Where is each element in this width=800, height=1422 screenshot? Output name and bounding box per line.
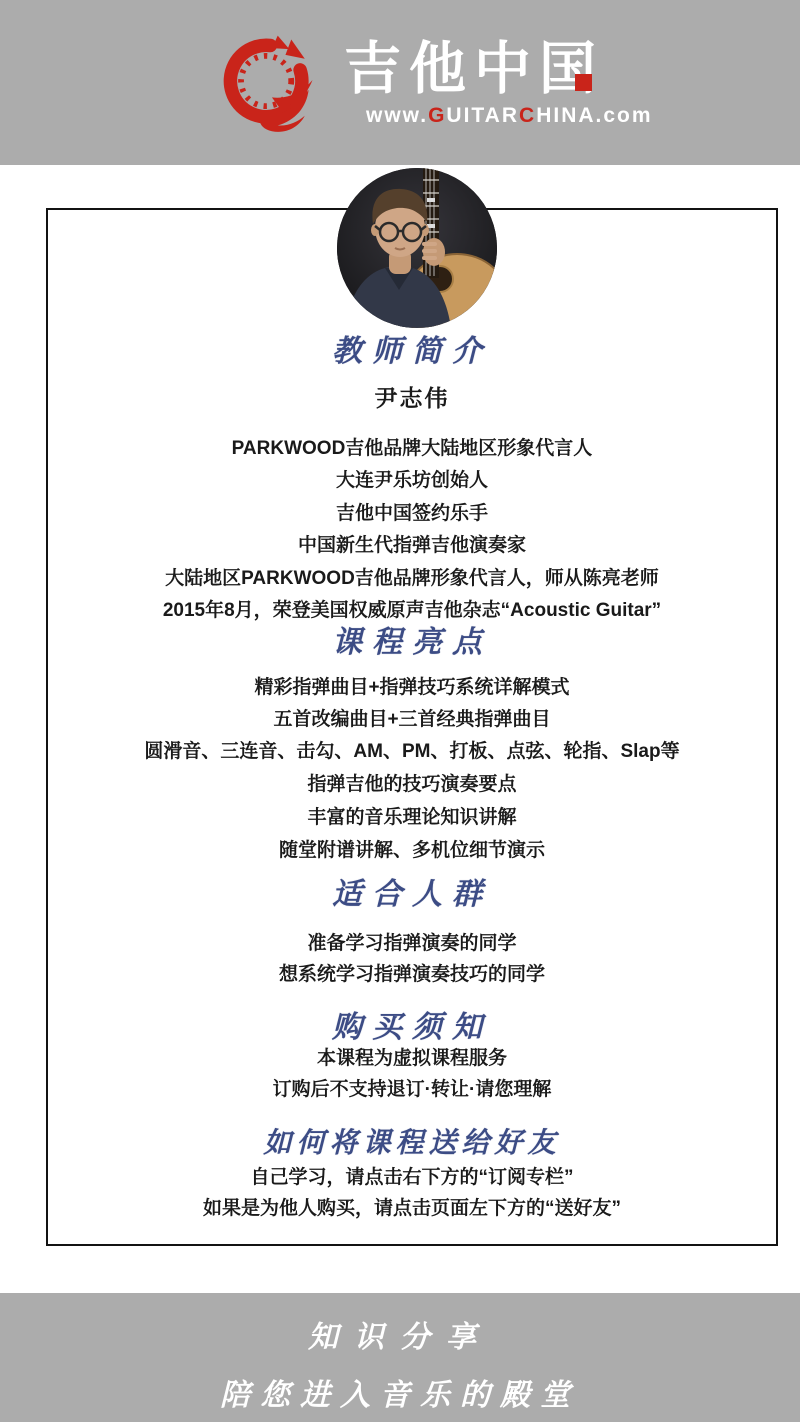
footer-slogan-line-1: 知识分享 — [0, 1318, 800, 1358]
teacher-intro-line: 中国新生代指弹吉他演奏家 — [12, 533, 800, 559]
heading-gift-guide: 如何将课程送给好友 — [12, 1123, 800, 1163]
logo-url-uitar: UITAR — [446, 104, 519, 127]
heading-teacher-intro: 教师简介 — [12, 332, 800, 372]
purchase-note-line: 订购后不支持退订·转让·请您理解 — [12, 1077, 800, 1103]
course-highlight-line: 随堂附谱讲解、多机位细节演示 — [12, 838, 800, 864]
gift-guide-line: 如果是为他人购买，请点击页面左下方的“送好友” — [12, 1196, 800, 1222]
logo-url-g-red: G — [428, 104, 446, 127]
logo-url-hina: HINA.com — [536, 104, 652, 127]
teacher-intro-line: 大连尹乐坊创始人 — [12, 468, 800, 494]
logo-url-www: www. — [366, 104, 428, 127]
purchase-note-line: 本课程为虚拟课程服务 — [12, 1046, 800, 1072]
course-highlight-line: 五首改编曲目+三首经典指弹曲目 — [12, 707, 800, 733]
course-highlight-line: 丰富的音乐理论知识讲解 — [12, 805, 800, 831]
heading-purchase-notes: 购买须知 — [12, 1008, 800, 1048]
audience-line: 准备学习指弹演奏的同学 — [12, 931, 800, 957]
logo-wordmark-part2: 国 — [539, 38, 604, 100]
heading-target-audience: 适合人群 — [12, 875, 800, 915]
teacher-intro-line: 2015年8月，荣登美国权威原声吉他杂志“Acoustic Guitar” — [12, 598, 800, 624]
audience-line: 想系统学习指弹演奏技巧的同学 — [12, 962, 800, 988]
dragon-g-icon — [214, 28, 326, 134]
logo-wordmark: 吉他中国 — [344, 38, 604, 100]
teacher-name: 尹志伟 — [12, 385, 800, 411]
course-highlight-line: 精彩指弹曲目+指弹技巧系统详解模式 — [12, 675, 800, 701]
logo-url-c-red: C — [519, 104, 536, 127]
logo-wordmark-part1: 吉他中 — [344, 37, 539, 101]
heading-course-highlights: 课程亮点 — [12, 623, 800, 663]
footer-slogan-line-2: 陪您进入音乐的殿堂 — [0, 1376, 800, 1416]
teacher-intro-line: 大陆地区PARKWOOD吉他品牌形象代言人，师从陈亮老师 — [12, 566, 800, 592]
teacher-portrait-illustration — [337, 168, 497, 328]
header-banner: 吉他中国 www.GUITARCHINA.com — [0, 0, 800, 165]
gift-guide-line: 自己学习，请点击右下方的“订阅专栏” — [12, 1165, 800, 1191]
teacher-portrait-photo — [337, 168, 497, 328]
logo-url: www.GUITARCHINA.com — [366, 104, 653, 128]
course-highlight-line: 圆滑音、三连音、击勾、AM、PM、打板、点弦、轮指、Slap等 — [12, 739, 800, 765]
page: 吉他中国 www.GUITARCHINA.com — [0, 0, 800, 1422]
course-highlight-line: 指弹吉他的技巧演奏要点 — [12, 772, 800, 798]
teacher-intro-line: 吉他中国签约乐手 — [12, 501, 800, 527]
teacher-intro-line: PARKWOOD吉他品牌大陆地区形象代言人 — [12, 436, 800, 462]
